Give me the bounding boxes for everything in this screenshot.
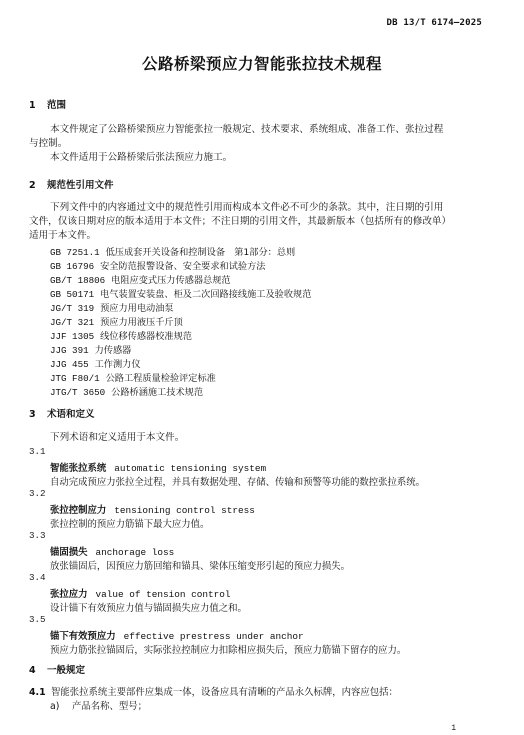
section-heading-2: 2规范性引用文件 <box>29 177 114 191</box>
page-number: 1 <box>451 724 456 733</box>
references-intro-line: 下列文件中的内容通过文中的规范性引用而构成本文件必不可少的条款。其中，注日期的引… <box>50 201 443 215</box>
references-intro-line: 文件，仅该日期对应的版本适用于本文件；不注日期的引用文件，其最新版本（包括所有的… <box>29 215 451 229</box>
terms-intro: 下列术语和定义适用于本文件。 <box>50 431 184 445</box>
section-heading-4: 4一般规定 <box>29 662 85 676</box>
section-heading-1: 1范围 <box>29 97 66 111</box>
term-number: 3.1 <box>29 446 46 457</box>
section-number: 1 <box>29 100 47 111</box>
term-definition: 预应力筋张拉锚固后，实际张拉控制应力扣除相应损失后，预应力筋锚下留存的应力。 <box>50 642 406 656</box>
term-definition: 自动完成预应力张拉全过程，并具有数据处理、存储、传输和预警等功能的数控张拉系统。 <box>50 474 425 488</box>
term-name: 智能张拉系统automatic tensioning system <box>50 460 266 474</box>
list-item: a)产品名称、型号； <box>50 698 147 712</box>
references-intro-line: 适用于本文件。 <box>29 229 96 243</box>
document-code: DB 13/T 6174—2025 <box>386 18 482 28</box>
section-number: 2 <box>29 180 47 191</box>
list-marker: a) <box>50 701 72 712</box>
reference-item: JTG/T 3650公路桥涵施工技术规范 <box>50 384 203 398</box>
list-text: 产品名称、型号； <box>72 701 147 712</box>
term-number: 3.4 <box>29 572 46 583</box>
section-title: 一般规定 <box>47 665 85 676</box>
reference-item: JJG 455工作测力仪 <box>50 356 141 370</box>
reference-item: JG/T 319预应力用电动油泵 <box>50 300 174 314</box>
term-number: 3.2 <box>29 488 46 499</box>
reference-item: JJF 1305线位移传感器校准规范 <box>50 328 192 342</box>
term-definition: 设计锚下有效预应力值与锚固损失应力值之和。 <box>50 600 247 614</box>
reference-item: GB/T 18806电阻应变式压力传感器总规范 <box>50 272 231 286</box>
scope-applicability: 本文件适用于公路桥梁后张法预应力施工。 <box>50 151 232 165</box>
scope-paragraph-line: 本文件规定了公路桥梁预应力智能张拉一般规定、技术要求、系统组成、准备工作、张拉过… <box>50 123 443 137</box>
reference-item: JG/T 321预应力用液压千斤顶 <box>50 314 183 328</box>
reference-item: GB 16796安全防范报警设备、安全要求和试验方法 <box>50 258 265 272</box>
scope-paragraph-line: 与控制。 <box>29 137 67 151</box>
clause-number: 4.1 <box>29 687 51 698</box>
section-heading-3: 3术语和定义 <box>29 406 95 420</box>
section-number: 4 <box>29 665 47 676</box>
section-title: 范围 <box>47 100 66 111</box>
section-title: 术语和定义 <box>47 409 95 420</box>
term-definition: 放张锚固后，因预应力筋回缩和锚具、梁体压缩变形引起的预应力损失。 <box>50 558 350 572</box>
term-definition: 张拉控制的预应力筋锚下最大应力值。 <box>50 516 209 530</box>
section-title: 规范性引用文件 <box>47 180 114 191</box>
clause-text: 智能张拉系统主要部件应集成一体，设备应具有清晰的产品永久标牌，内容应包括： <box>51 687 398 698</box>
section-number: 3 <box>29 409 47 420</box>
reference-item: GB 7251.1低压成套开关设备和控制设备 第1部分：总则 <box>50 244 295 258</box>
document-title: 公路桥梁预应力智能张拉技术规程 <box>0 52 524 74</box>
reference-item: JJG 391力传感器 <box>50 342 131 356</box>
term-name: 锚固损失anchorage loss <box>50 544 174 558</box>
reference-item: JTG F80/1公路工程质量检验评定标准 <box>50 370 216 384</box>
term-name: 张拉应力value of tension control <box>50 586 231 600</box>
reference-item: GB 50171电气装置安装盘、柜及二次回路接线施工及验收规范 <box>50 286 311 300</box>
term-name: 张拉控制应力tensioning control stress <box>50 502 255 516</box>
term-number: 3.5 <box>29 614 46 625</box>
clause-4-1: 4.1智能张拉系统主要部件应集成一体，设备应具有清晰的产品永久标牌，内容应包括： <box>29 684 398 698</box>
term-number: 3.3 <box>29 530 46 541</box>
term-name: 锚下有效预应力effective prestress under anchor <box>50 628 304 642</box>
